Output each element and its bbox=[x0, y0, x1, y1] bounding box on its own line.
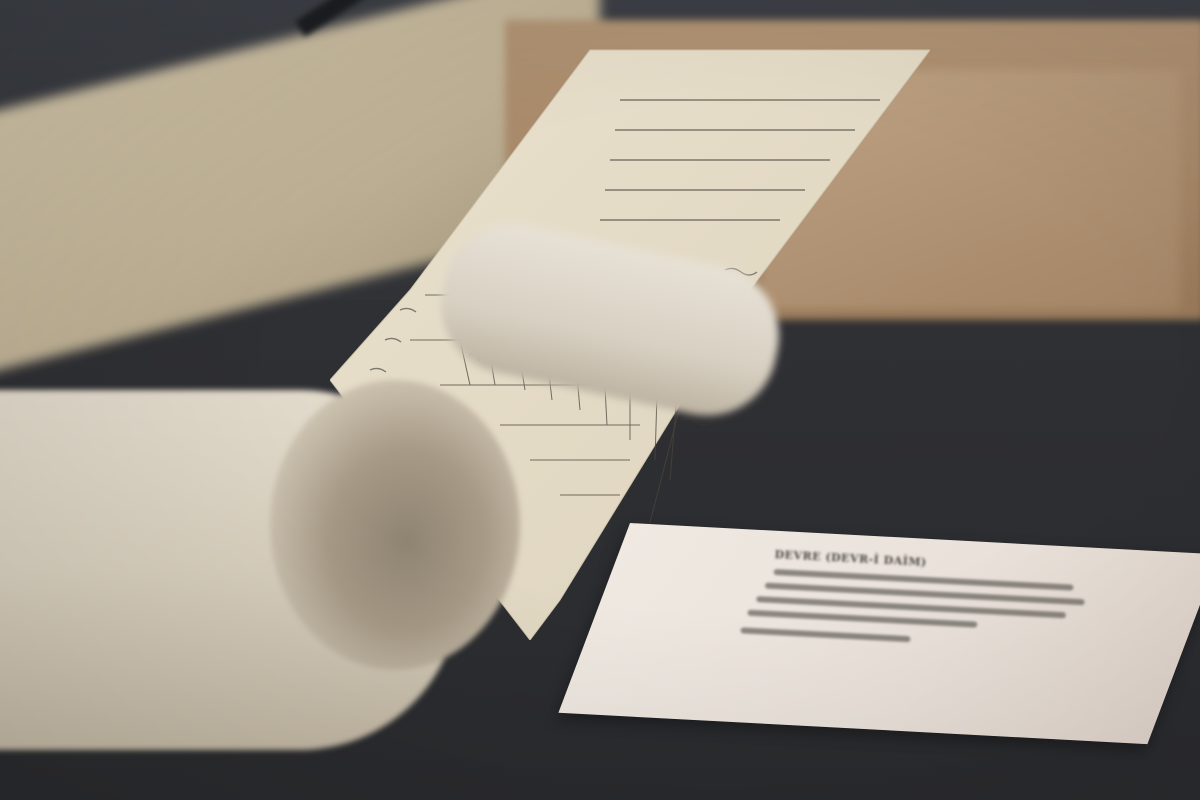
museum-exhibit-scene: DEVRE (DEVR-İ DAİM) bbox=[0, 0, 1200, 800]
exhibit-label-text: DEVRE (DEVR-İ DAİM) bbox=[770, 548, 1114, 653]
label-body-line bbox=[747, 610, 977, 628]
rolled-scroll-end bbox=[0, 380, 580, 800]
rolled-paper-spiral bbox=[270, 380, 520, 670]
